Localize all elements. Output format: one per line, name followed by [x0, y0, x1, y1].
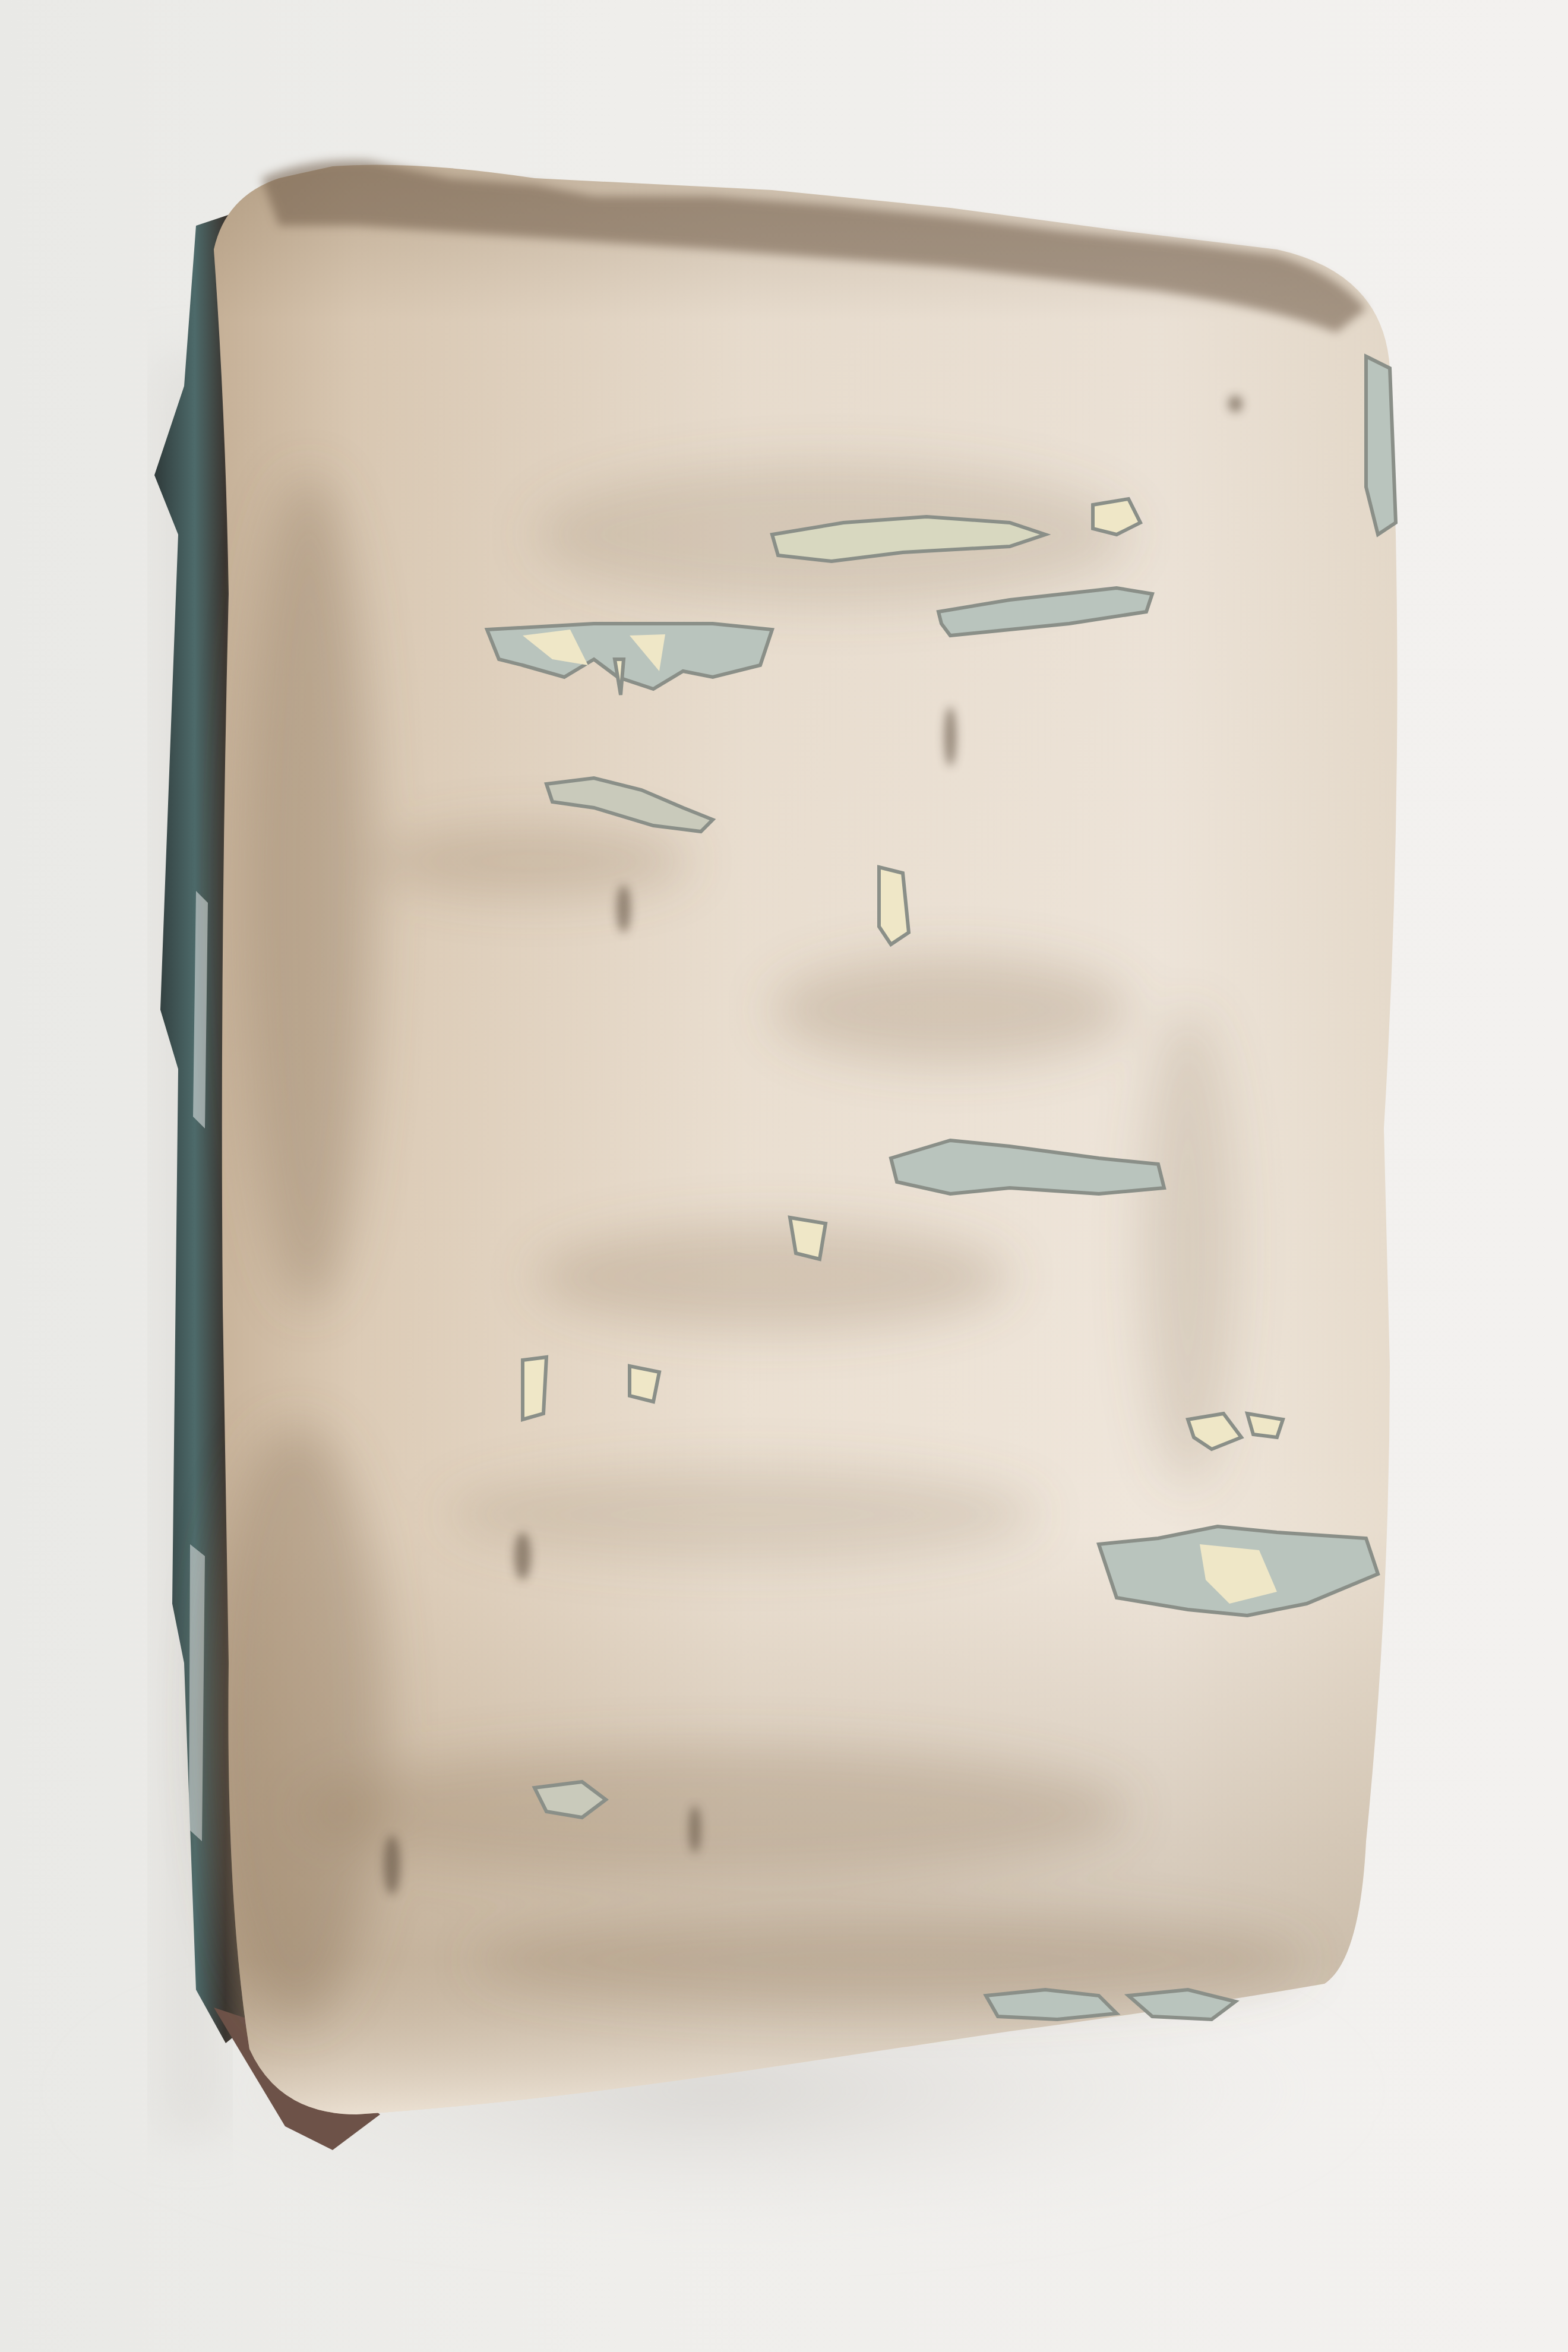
- patch-14: [1366, 356, 1396, 535]
- patch-6: [879, 867, 909, 944]
- patch-8: [790, 1218, 826, 1259]
- photo-scene: [0, 0, 1568, 2352]
- artwork: [0, 0, 1568, 2352]
